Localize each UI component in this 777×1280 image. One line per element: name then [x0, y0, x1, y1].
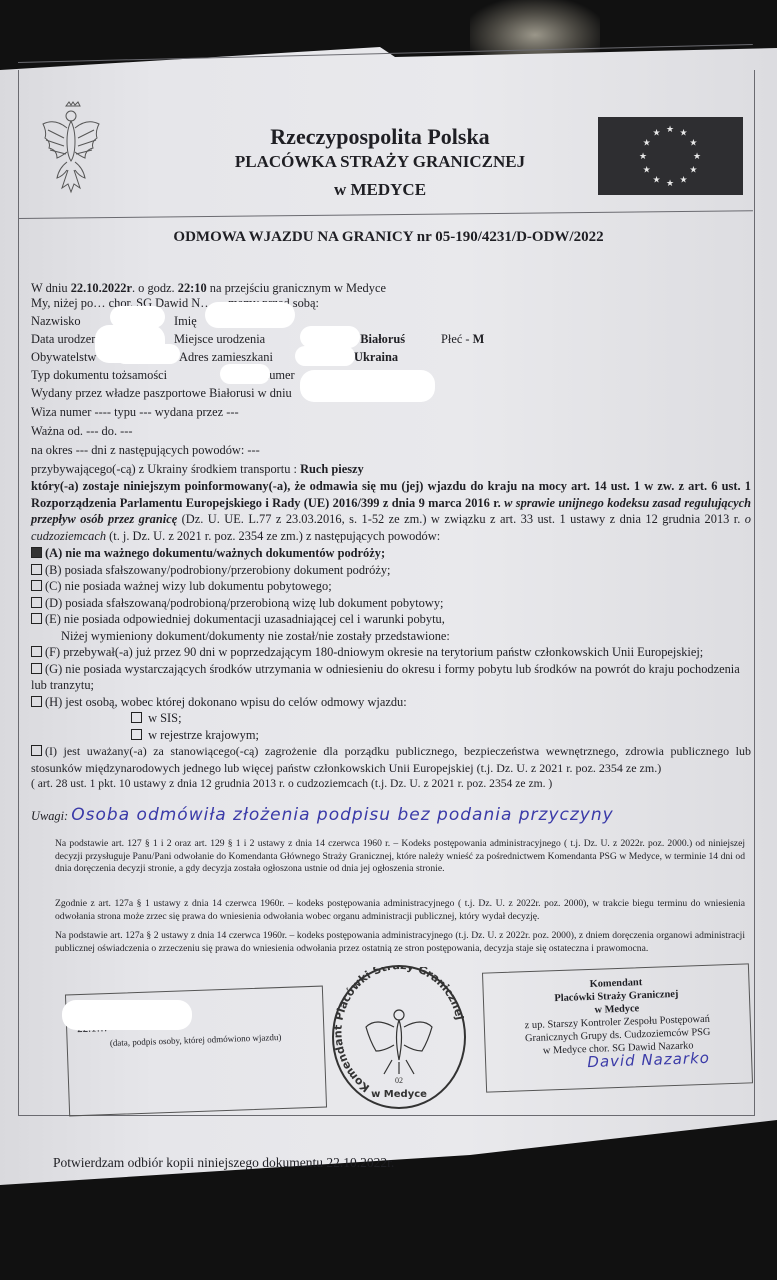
surname-field: NazwiskoImię — [31, 314, 81, 329]
crossing-place: na przejściu granicznym w Medyce — [210, 281, 386, 295]
arrival-line: przybywającego(-cą) z Ukrainy środkiem t… — [31, 462, 364, 477]
redaction — [295, 346, 355, 366]
document-title: ODMOWA WJAZDU NA GRANICY nr 05-190/4231/… — [0, 229, 777, 246]
reason-d: (D) posiada sfałszowaną/podrobioną/przer… — [31, 595, 751, 612]
checkbox-reason-g[interactable] — [31, 663, 42, 674]
header-location: w MEDYCE — [160, 180, 600, 200]
reason-i: (I) jest uważany(-a) za stanowiącego(-cą… — [31, 743, 751, 776]
svg-text:★: ★ — [652, 174, 660, 184]
reason-c: (C) nie posiada ważnej wizy lub dokument… — [31, 578, 751, 595]
visa-valid-line: Ważna od. --- do. --- — [31, 424, 133, 439]
redaction — [220, 364, 270, 384]
redaction — [62, 1000, 192, 1030]
arrival-prefix: przybywającego(-cą) z Ukrainy środkiem t… — [31, 462, 297, 476]
reason-b: (B) posiada sfałszowany/podrobiony/przer… — [31, 562, 751, 579]
address-country: Ukraina — [354, 350, 398, 365]
surname-label: Nazwisko — [31, 314, 81, 328]
svg-text:★: ★ — [679, 174, 687, 184]
officer-signature-box: Komendant Placówki Straży Granicznej w M… — [482, 963, 753, 1092]
address-label: Adres zamieszkani — [179, 350, 273, 365]
transport-mode: Ruch pieszy — [300, 462, 364, 476]
svg-text:★: ★ — [693, 151, 701, 161]
legal-basis: który(-a) zostaje niniejszym poinformowa… — [31, 478, 751, 544]
svg-text:★: ★ — [666, 124, 674, 134]
redaction — [115, 344, 180, 364]
reasons-list: (A) nie ma ważnego dokumentu/ważnych dok… — [31, 545, 751, 793]
birth-field: Data urodzenMiejsce urodzenia– BiałoruśP… — [31, 332, 97, 347]
remarks-handwritten: Osoba odmówiła złożenia podpisu bez poda… — [71, 805, 613, 825]
legal-basis-text-2: (Dz. U. UE. L.77 z 23.03.2016, s. 1-52 z… — [182, 512, 741, 526]
finality-instruction: Na podstawie art. 127a § 2 ustawy z dnia… — [55, 930, 745, 955]
reason-e-text: (E) nie posiada odpowiedniej dokumentacj… — [45, 612, 445, 626]
dob-label: Data urodzen — [31, 332, 97, 346]
reason-d-text: (D) posiada sfałszowaną/podrobioną/przer… — [45, 596, 443, 610]
reason-b-text: (B) posiada sfałszowany/podrobiony/przer… — [45, 563, 391, 577]
reason-e-note: Niżej wymieniony dokument/dokumenty nie … — [31, 628, 751, 645]
reason-a: (A) nie ma ważnego dokumentu/ważnych dok… — [31, 545, 751, 562]
date-prefix: W dniu — [31, 281, 68, 295]
svg-text:★: ★ — [689, 165, 697, 175]
reason-h: (H) jest osobą, wobec której dokonano wp… — [31, 694, 751, 711]
svg-text:★: ★ — [639, 151, 647, 161]
reason-e: (E) nie posiada odpowiedniej dokumentacj… — [31, 611, 751, 628]
polish-eagle-icon — [40, 100, 102, 196]
period-line: na okres --- dni z następujących powodów… — [31, 443, 260, 458]
reason-a-text: (A) nie ma ważnego dokumentu/ważnych dok… — [45, 546, 385, 560]
checkbox-reason-h-sis[interactable] — [131, 712, 142, 723]
visa-line: Wiza numer ---- typu --- wydana przez --… — [31, 405, 239, 420]
decision-date: 22.10.2022r — [71, 281, 132, 295]
reason-h-sis: w SIS; — [31, 710, 751, 727]
issued-by-line: Wydany przez władze paszportowe Białorus… — [31, 386, 292, 401]
checkbox-reason-e[interactable] — [31, 613, 42, 624]
header-office: PLACÓWKA STRAŻY GRANICZNEJ — [160, 152, 600, 172]
remarks-label: Uwagi: — [31, 809, 68, 823]
reason-i-basis: ( art. 28 ust. 1 pkt. 10 ustawy z dnia 1… — [31, 776, 751, 793]
reason-f-text: (F) przebywał(-a) już przez 90 dni w pop… — [45, 645, 703, 659]
citizenship-field: ObywatelstwAdres zamieszkaniUkraina — [31, 350, 96, 365]
id-document-field: Typ dokumentu tożsamościnumer — [31, 368, 167, 383]
svg-text:★: ★ — [643, 165, 651, 175]
checkbox-reason-c[interactable] — [31, 580, 42, 591]
redaction — [205, 302, 295, 328]
checkbox-reason-a[interactable] — [31, 547, 42, 558]
svg-text:★: ★ — [679, 128, 687, 138]
time-prefix: . o godz. — [132, 281, 175, 295]
reason-f: (F) przebywał(-a) już przez 90 dni w pop… — [31, 644, 751, 661]
id-type-label: Typ dokumentu tożsamości — [31, 368, 167, 382]
svg-text:w Medyce: w Medyce — [371, 1089, 427, 1100]
checkbox-reason-b[interactable] — [31, 564, 42, 575]
checkbox-reason-f[interactable] — [31, 646, 42, 657]
svg-text:02: 02 — [395, 1076, 403, 1085]
svg-text:★: ★ — [652, 128, 660, 138]
eu-flag-icon: ★★★★★★★★★★★★ — [598, 117, 743, 195]
checkbox-reason-d[interactable] — [31, 597, 42, 608]
sex-value: M — [473, 332, 485, 346]
reason-i-text: (I) jest uważany(-a) za stanowiącego(-cą… — [31, 744, 751, 775]
reason-h-national-text: w rejestrze krajowym; — [148, 728, 259, 742]
reason-g-text: (G) nie posiada wystarczających środków … — [31, 662, 740, 693]
reason-c-text: (C) nie posiada ważnej wizy lub dokument… — [45, 579, 332, 593]
stamp-eagle-icon: Komendant Placówki Straży Granicznej 02 … — [334, 967, 464, 1107]
svg-text:★: ★ — [643, 138, 651, 148]
name-label: Imię — [174, 314, 197, 329]
checkbox-reason-h-national[interactable] — [131, 729, 142, 740]
reason-h-sis-text: w SIS; — [148, 711, 181, 725]
waiver-instruction: Zgodnie z art. 127a § 1 ustawy z dnia 14… — [55, 898, 745, 923]
decision-time: 22:10 — [178, 281, 207, 295]
appeal-instruction: Na podstawie art. 127 § 1 i 2 oraz art. … — [55, 838, 745, 876]
receipt-confirmation: Potwierdzam odbiór kopii niniejszego dok… — [53, 1155, 394, 1171]
intro-date-line: W dniu 22.10.2022r. o godz. 22:10 na prz… — [31, 281, 386, 296]
redaction — [300, 326, 360, 348]
checkbox-reason-h[interactable] — [31, 696, 42, 707]
svg-text:★: ★ — [666, 178, 674, 188]
header-country: Rzeczypospolita Polska — [160, 124, 600, 150]
reason-h-text: (H) jest osobą, wobec której dokonano wp… — [45, 695, 407, 709]
citizenship-label: Obywatelstw — [31, 350, 96, 364]
sex-label: Płeć - — [441, 332, 470, 346]
reason-g: (G) nie posiada wystarczających środków … — [31, 661, 751, 694]
legal-basis-text-3: (t. j. Dz. U. z 2021 r. poz. 2354 ze zm.… — [109, 529, 440, 543]
svg-text:★: ★ — [689, 138, 697, 148]
checkbox-reason-i[interactable] — [31, 745, 42, 756]
official-stamp: Komendant Placówki Straży Granicznej 02 … — [332, 965, 466, 1109]
reason-h-national: w rejestrze krajowym; — [31, 727, 751, 744]
remarks: Uwagi: Osoba odmówiła złożenia podpisu b… — [31, 808, 614, 824]
pob-label: Miejsce urodzenia — [174, 332, 265, 347]
redaction — [300, 370, 435, 402]
